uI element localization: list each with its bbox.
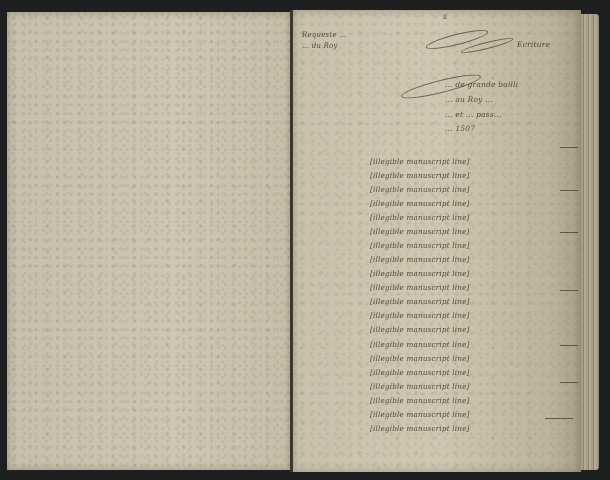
margin-note-line: ... du Roy [302,42,338,50]
margin-note-line: Requeste ... [302,31,346,39]
body-line: [illegible manuscript line] [370,354,470,363]
body-line: [illegible manuscript line] [370,283,470,292]
line-filler-dash [560,345,578,346]
folio-mark: ii [443,14,447,21]
body-line: [illegible manuscript line] [370,185,470,194]
heading-line: ... de grande bailli [445,80,518,89]
body-line: [illegible manuscript line] [370,255,470,264]
body-line: [illegible manuscript line] [370,368,470,377]
body-line: [illegible manuscript line] [370,340,470,349]
heading-line: ... et ... pass... [445,110,502,119]
body-line: [illegible manuscript line] [370,157,470,166]
line-filler-dash [560,382,578,383]
body-line: [illegible manuscript line] [370,227,470,236]
body-line: [illegible manuscript line] [370,311,470,320]
body-line: [illegible manuscript line] [370,241,470,250]
body-line: [illegible manuscript line] [370,325,470,334]
body-line: [illegible manuscript line] [370,410,470,419]
heading-line: ... 1507 [445,124,475,133]
line-filler-dash [560,190,578,191]
heading-line: ... au Roy ... [445,95,493,104]
body-line: [illegible manuscript line] [370,424,470,433]
body-line: [illegible manuscript line] [370,269,470,278]
body-line: [illegible manuscript line] [370,396,470,405]
body-line: [illegible manuscript line] [370,297,470,306]
line-filler-dash [560,290,578,291]
body-line: [illegible manuscript line] [370,213,470,222]
body-line: [illegible manuscript line] [370,382,470,391]
body-line: [illegible manuscript line] [370,199,470,208]
line-filler-dash [545,418,573,419]
top-word: Ecriture [517,40,550,49]
line-filler-dash [560,147,578,148]
body-line: [illegible manuscript line] [370,171,470,180]
page-edges [581,14,599,470]
left-page [7,12,291,470]
manuscript-spread: ii Requeste ... ... du Roy Ecriture ... … [0,0,610,480]
line-filler-dash [560,232,578,233]
